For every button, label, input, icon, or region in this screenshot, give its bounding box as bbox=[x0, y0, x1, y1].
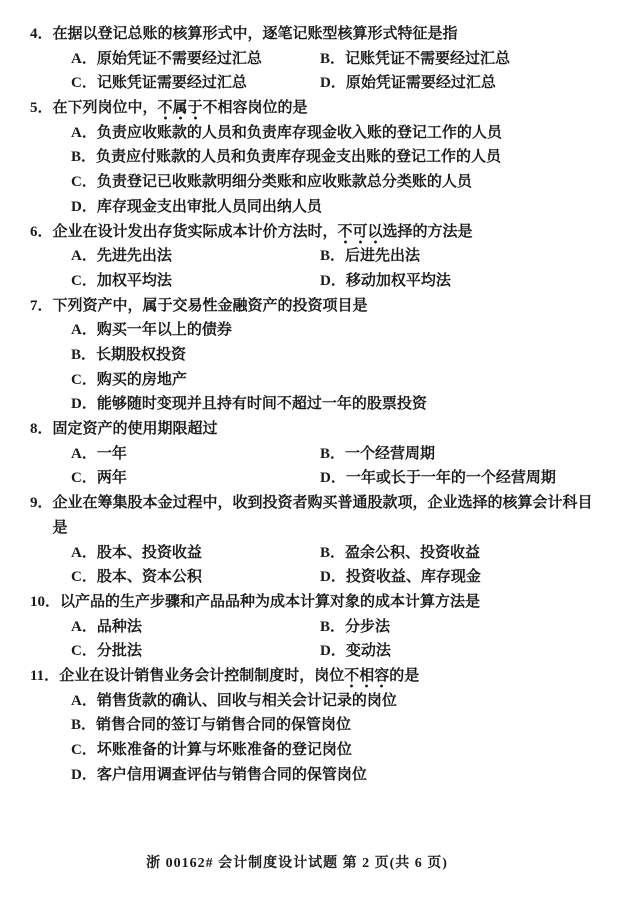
option-d: D．一年或长于一年的一个经营周期 bbox=[320, 466, 602, 491]
option-text: 购买一年以上的债券 bbox=[97, 318, 232, 343]
option-label: A． bbox=[71, 689, 97, 714]
option-label: B． bbox=[320, 541, 345, 566]
option-label: C． bbox=[71, 466, 97, 491]
options: A．一年 B．一个经营周期 C．两年 D．一年或长于一年的一个经营周期 bbox=[71, 442, 602, 491]
option-d: D．移动加权平均法 bbox=[320, 269, 602, 294]
stem-pre: 以产品的生产步骤和产品品种为成本计算对象的成本计算方法是 bbox=[60, 594, 480, 610]
question-number: 7． bbox=[30, 294, 53, 319]
option-d: D．投资收益、库存现金 bbox=[320, 565, 602, 590]
option-c: C．购买的房地产 bbox=[71, 368, 602, 393]
question-6: 6． 企业在设计发出存货实际成本计价方法时，不可以选择的方法是 A．先进先出法 … bbox=[30, 220, 602, 294]
question-stem-text: 下列资产中，属于交易性金融资产的投资项目是 bbox=[53, 294, 602, 319]
stem-emphasis: 不可以 bbox=[338, 224, 383, 244]
stem-pre: 企业在设计发出存货实际成本计价方法时， bbox=[53, 224, 338, 240]
question-number: 4． bbox=[30, 22, 53, 47]
option-label: D． bbox=[71, 763, 97, 788]
option-a: A．负责应收账款的人员和负责库存现金收入账的登记工作的人员 bbox=[71, 121, 602, 146]
option-text: 负责登记已收账款明细分类账和应收账款总分类账的人员 bbox=[97, 170, 472, 195]
option-a: A．原始凭证不需要经过汇总 bbox=[71, 47, 320, 72]
option-label: C． bbox=[71, 71, 97, 96]
question-stem: 7． 下列资产中，属于交易性金融资产的投资项目是 bbox=[30, 294, 602, 319]
option-c: C．股本、资本公积 bbox=[71, 565, 320, 590]
question-stem: 11． 企业在设计销售业务会计控制制度时，岗位不相容的是 bbox=[30, 664, 602, 689]
option-label: C． bbox=[71, 170, 97, 195]
option-c: C．分批法 bbox=[71, 639, 320, 664]
options: A．原始凭证不需要经过汇总 B．记账凭证不需要经过汇总 C．记账凭证需要经过汇总… bbox=[71, 47, 602, 96]
option-b: B．记账凭证不需要经过汇总 bbox=[320, 47, 602, 72]
question-number: 6． bbox=[30, 220, 53, 245]
question-7: 7． 下列资产中，属于交易性金融资产的投资项目是 A．购买一年以上的债券 B．长… bbox=[30, 294, 602, 417]
option-a: A．购买一年以上的债券 bbox=[71, 318, 602, 343]
option-text: 库存现金支出审批人员同出纳人员 bbox=[97, 195, 322, 220]
option-text: 记账凭证不需要经过汇总 bbox=[345, 47, 510, 72]
option-a: A．先进先出法 bbox=[71, 244, 320, 269]
stem-post: 选择的方法是 bbox=[383, 224, 473, 240]
option-label: A． bbox=[71, 442, 97, 467]
option-label: A． bbox=[71, 541, 97, 566]
option-b: B．后进先出法 bbox=[320, 244, 602, 269]
option-c: C．加权平均法 bbox=[71, 269, 320, 294]
question-stem: 8． 固定资产的使用期限超过 bbox=[30, 417, 602, 442]
question-10: 10． 以产品的生产步骤和产品品种为成本计算对象的成本计算方法是 A．品种法 B… bbox=[30, 590, 602, 664]
option-label: B． bbox=[320, 615, 345, 640]
option-a: A．一年 bbox=[71, 442, 320, 467]
question-4: 4． 在据以登记总账的核算形式中，逐笔记账型核算形式特征是指 A．原始凭证不需要… bbox=[30, 22, 602, 96]
option-label: B． bbox=[320, 442, 345, 467]
option-label: A． bbox=[71, 318, 97, 343]
option-text: 分步法 bbox=[345, 615, 390, 640]
stem-post: 的是 bbox=[389, 668, 419, 684]
stem-emphasis: 不属于 bbox=[158, 100, 203, 120]
option-c: C．坏账准备的计算与坏账准备的登记岗位 bbox=[71, 738, 602, 763]
option-a: A．品种法 bbox=[71, 615, 320, 640]
question-5: 5． 在下列岗位中，不属于不相容岗位的是 A．负责应收账款的人员和负责库存现金收… bbox=[30, 96, 602, 219]
stem-pre: 固定资产的使用期限超过 bbox=[53, 421, 218, 437]
option-text: 品种法 bbox=[97, 615, 142, 640]
option-text: 能够随时变现并且持有时间不超过一年的股票投资 bbox=[97, 392, 427, 417]
option-b: B．负责应付账款的人员和负责库存现金支出账的登记工作的人员 bbox=[71, 145, 602, 170]
question-stem: 9． 企业在筹集股本金过程中，收到投资者购买普通股款项，企业选择的核算会计科目是 bbox=[30, 491, 602, 540]
options: A．销售货款的确认、回收与相关会计记录的岗位 B．销售合同的签订与销售合同的保管… bbox=[71, 689, 602, 788]
option-label: B． bbox=[320, 244, 345, 269]
option-a: A．股本、投资收益 bbox=[71, 541, 320, 566]
option-label: C． bbox=[71, 269, 97, 294]
option-text: 盈余公积、投资收益 bbox=[345, 541, 480, 566]
option-text: 销售货款的确认、回收与相关会计记录的岗位 bbox=[97, 689, 397, 714]
option-label: C． bbox=[71, 368, 97, 393]
option-text: 负责应收账款的人员和负责库存现金收入账的登记工作的人员 bbox=[97, 121, 502, 146]
option-text: 股本、资本公积 bbox=[97, 565, 202, 590]
option-text: 变动法 bbox=[346, 639, 391, 664]
question-number: 8． bbox=[30, 417, 53, 442]
option-text: 移动加权平均法 bbox=[346, 269, 451, 294]
option-text: 一个经营周期 bbox=[345, 442, 435, 467]
option-a: A．销售货款的确认、回收与相关会计记录的岗位 bbox=[71, 689, 602, 714]
option-text: 销售合同的签订与销售合同的保管岗位 bbox=[96, 713, 351, 738]
option-label: D． bbox=[71, 195, 97, 220]
option-text: 一年 bbox=[97, 442, 127, 467]
option-label: D． bbox=[71, 392, 97, 417]
option-text: 股本、投资收益 bbox=[97, 541, 202, 566]
option-d: D．能够随时变现并且持有时间不超过一年的股票投资 bbox=[71, 392, 602, 417]
option-b: B．长期股权投资 bbox=[71, 343, 602, 368]
question-stem-text: 在下列岗位中，不属于不相容岗位的是 bbox=[53, 96, 602, 121]
option-label: B． bbox=[71, 713, 96, 738]
question-stem: 6． 企业在设计发出存货实际成本计价方法时，不可以选择的方法是 bbox=[30, 220, 602, 245]
options: A．购买一年以上的债券 B．长期股权投资 C．购买的房地产 D．能够随时变现并且… bbox=[71, 318, 602, 417]
option-text: 分批法 bbox=[97, 639, 142, 664]
option-text: 原始凭证需要经过汇总 bbox=[346, 71, 496, 96]
option-d: D．库存现金支出审批人员同出纳人员 bbox=[71, 195, 602, 220]
question-stem: 4． 在据以登记总账的核算形式中，逐笔记账型核算形式特征是指 bbox=[30, 22, 602, 47]
option-label: D． bbox=[320, 565, 346, 590]
option-text: 负责应付账款的人员和负责库存现金支出账的登记工作的人员 bbox=[96, 145, 501, 170]
option-b: B．分步法 bbox=[320, 615, 602, 640]
question-stem-text: 企业在筹集股本金过程中，收到投资者购买普通股款项，企业选择的核算会计科目是 bbox=[53, 491, 602, 540]
exam-page: 4． 在据以登记总账的核算形式中，逐笔记账型核算形式特征是指 A．原始凭证不需要… bbox=[0, 0, 622, 905]
question-stem-text: 在据以登记总账的核算形式中，逐笔记账型核算形式特征是指 bbox=[53, 22, 602, 47]
option-text: 长期股权投资 bbox=[96, 343, 186, 368]
option-text: 原始凭证不需要经过汇总 bbox=[97, 47, 262, 72]
option-text: 坏账准备的计算与坏账准备的登记岗位 bbox=[97, 738, 352, 763]
question-11: 11． 企业在设计销售业务会计控制制度时，岗位不相容的是 A．销售货款的确认、回… bbox=[30, 664, 602, 787]
option-label: A． bbox=[71, 615, 97, 640]
question-stem-text: 企业在设计销售业务会计控制制度时，岗位不相容的是 bbox=[59, 664, 602, 689]
question-stem-text: 固定资产的使用期限超过 bbox=[53, 417, 602, 442]
option-label: A． bbox=[71, 121, 97, 146]
option-b: B．盈余公积、投资收益 bbox=[320, 541, 602, 566]
option-label: A． bbox=[71, 47, 97, 72]
option-label: B． bbox=[71, 145, 96, 170]
option-label: C． bbox=[71, 565, 97, 590]
option-text: 两年 bbox=[97, 466, 127, 491]
option-label: D． bbox=[320, 466, 346, 491]
options: A．股本、投资收益 B．盈余公积、投资收益 C．股本、资本公积 D．投资收益、库… bbox=[71, 541, 602, 590]
option-text: 后进先出法 bbox=[345, 244, 420, 269]
options: A．负责应收账款的人员和负责库存现金收入账的登记工作的人员 B．负责应付账款的人… bbox=[71, 121, 602, 220]
question-number: 11． bbox=[30, 664, 59, 689]
options: A．先进先出法 B．后进先出法 C．加权平均法 D．移动加权平均法 bbox=[71, 244, 602, 293]
page-footer: 浙 00162# 会计制度设计试题 第 2 页(共 6 页) bbox=[0, 852, 608, 872]
stem-pre: 下列资产中，属于交易性金融资产的投资项目是 bbox=[53, 298, 368, 314]
option-text: 客户信用调查评估与销售合同的保管岗位 bbox=[97, 763, 367, 788]
question-stem-text: 企业在设计发出存货实际成本计价方法时，不可以选择的方法是 bbox=[53, 220, 602, 245]
question-stem-text: 以产品的生产步骤和产品品种为成本计算对象的成本计算方法是 bbox=[60, 590, 602, 615]
option-d: D．变动法 bbox=[320, 639, 602, 664]
option-label: D． bbox=[320, 269, 346, 294]
option-label: D． bbox=[320, 71, 346, 96]
question-stem: 10． 以产品的生产步骤和产品品种为成本计算对象的成本计算方法是 bbox=[30, 590, 602, 615]
option-text: 记账凭证需要经过汇总 bbox=[97, 71, 247, 96]
option-text: 购买的房地产 bbox=[97, 368, 187, 393]
option-d: D．原始凭证需要经过汇总 bbox=[320, 71, 602, 96]
stem-pre: 企业在筹集股本金过程中，收到投资者购买普通股款项，企业选择的核算会计科目是 bbox=[53, 495, 593, 536]
option-c: C．负责登记已收账款明细分类账和应收账款总分类账的人员 bbox=[71, 170, 602, 195]
option-text: 加权平均法 bbox=[97, 269, 172, 294]
question-number: 5． bbox=[30, 96, 53, 121]
stem-post: 不相容岗位的是 bbox=[203, 100, 308, 116]
stem-pre: 企业在设计销售业务会计控制制度时，岗位 bbox=[59, 668, 344, 684]
options: A．品种法 B．分步法 C．分批法 D．变动法 bbox=[71, 615, 602, 664]
option-label: C． bbox=[71, 639, 97, 664]
option-label: B． bbox=[320, 47, 345, 72]
option-label: D． bbox=[320, 639, 346, 664]
option-label: C． bbox=[71, 738, 97, 763]
stem-emphasis: 不相容 bbox=[344, 668, 389, 688]
option-text: 投资收益、库存现金 bbox=[346, 565, 481, 590]
option-c: C．两年 bbox=[71, 466, 320, 491]
stem-pre: 在据以登记总账的核算形式中，逐笔记账型核算形式特征是指 bbox=[53, 26, 458, 42]
option-c: C．记账凭证需要经过汇总 bbox=[71, 71, 320, 96]
option-b: B．销售合同的签订与销售合同的保管岗位 bbox=[71, 713, 602, 738]
option-label: A． bbox=[71, 244, 97, 269]
stem-pre: 在下列岗位中， bbox=[53, 100, 158, 116]
option-text: 一年或长于一年的一个经营周期 bbox=[346, 466, 556, 491]
question-number: 9． bbox=[30, 491, 53, 516]
question-number: 10． bbox=[30, 590, 60, 615]
option-b: B．一个经营周期 bbox=[320, 442, 602, 467]
option-label: B． bbox=[71, 343, 96, 368]
option-text: 先进先出法 bbox=[97, 244, 172, 269]
question-9: 9． 企业在筹集股本金过程中，收到投资者购买普通股款项，企业选择的核算会计科目是… bbox=[30, 491, 602, 590]
question-stem: 5． 在下列岗位中，不属于不相容岗位的是 bbox=[30, 96, 602, 121]
option-d: D．客户信用调查评估与销售合同的保管岗位 bbox=[71, 763, 602, 788]
question-8: 8． 固定资产的使用期限超过 A．一年 B．一个经营周期 C．两年 D．一年或长… bbox=[30, 417, 602, 491]
